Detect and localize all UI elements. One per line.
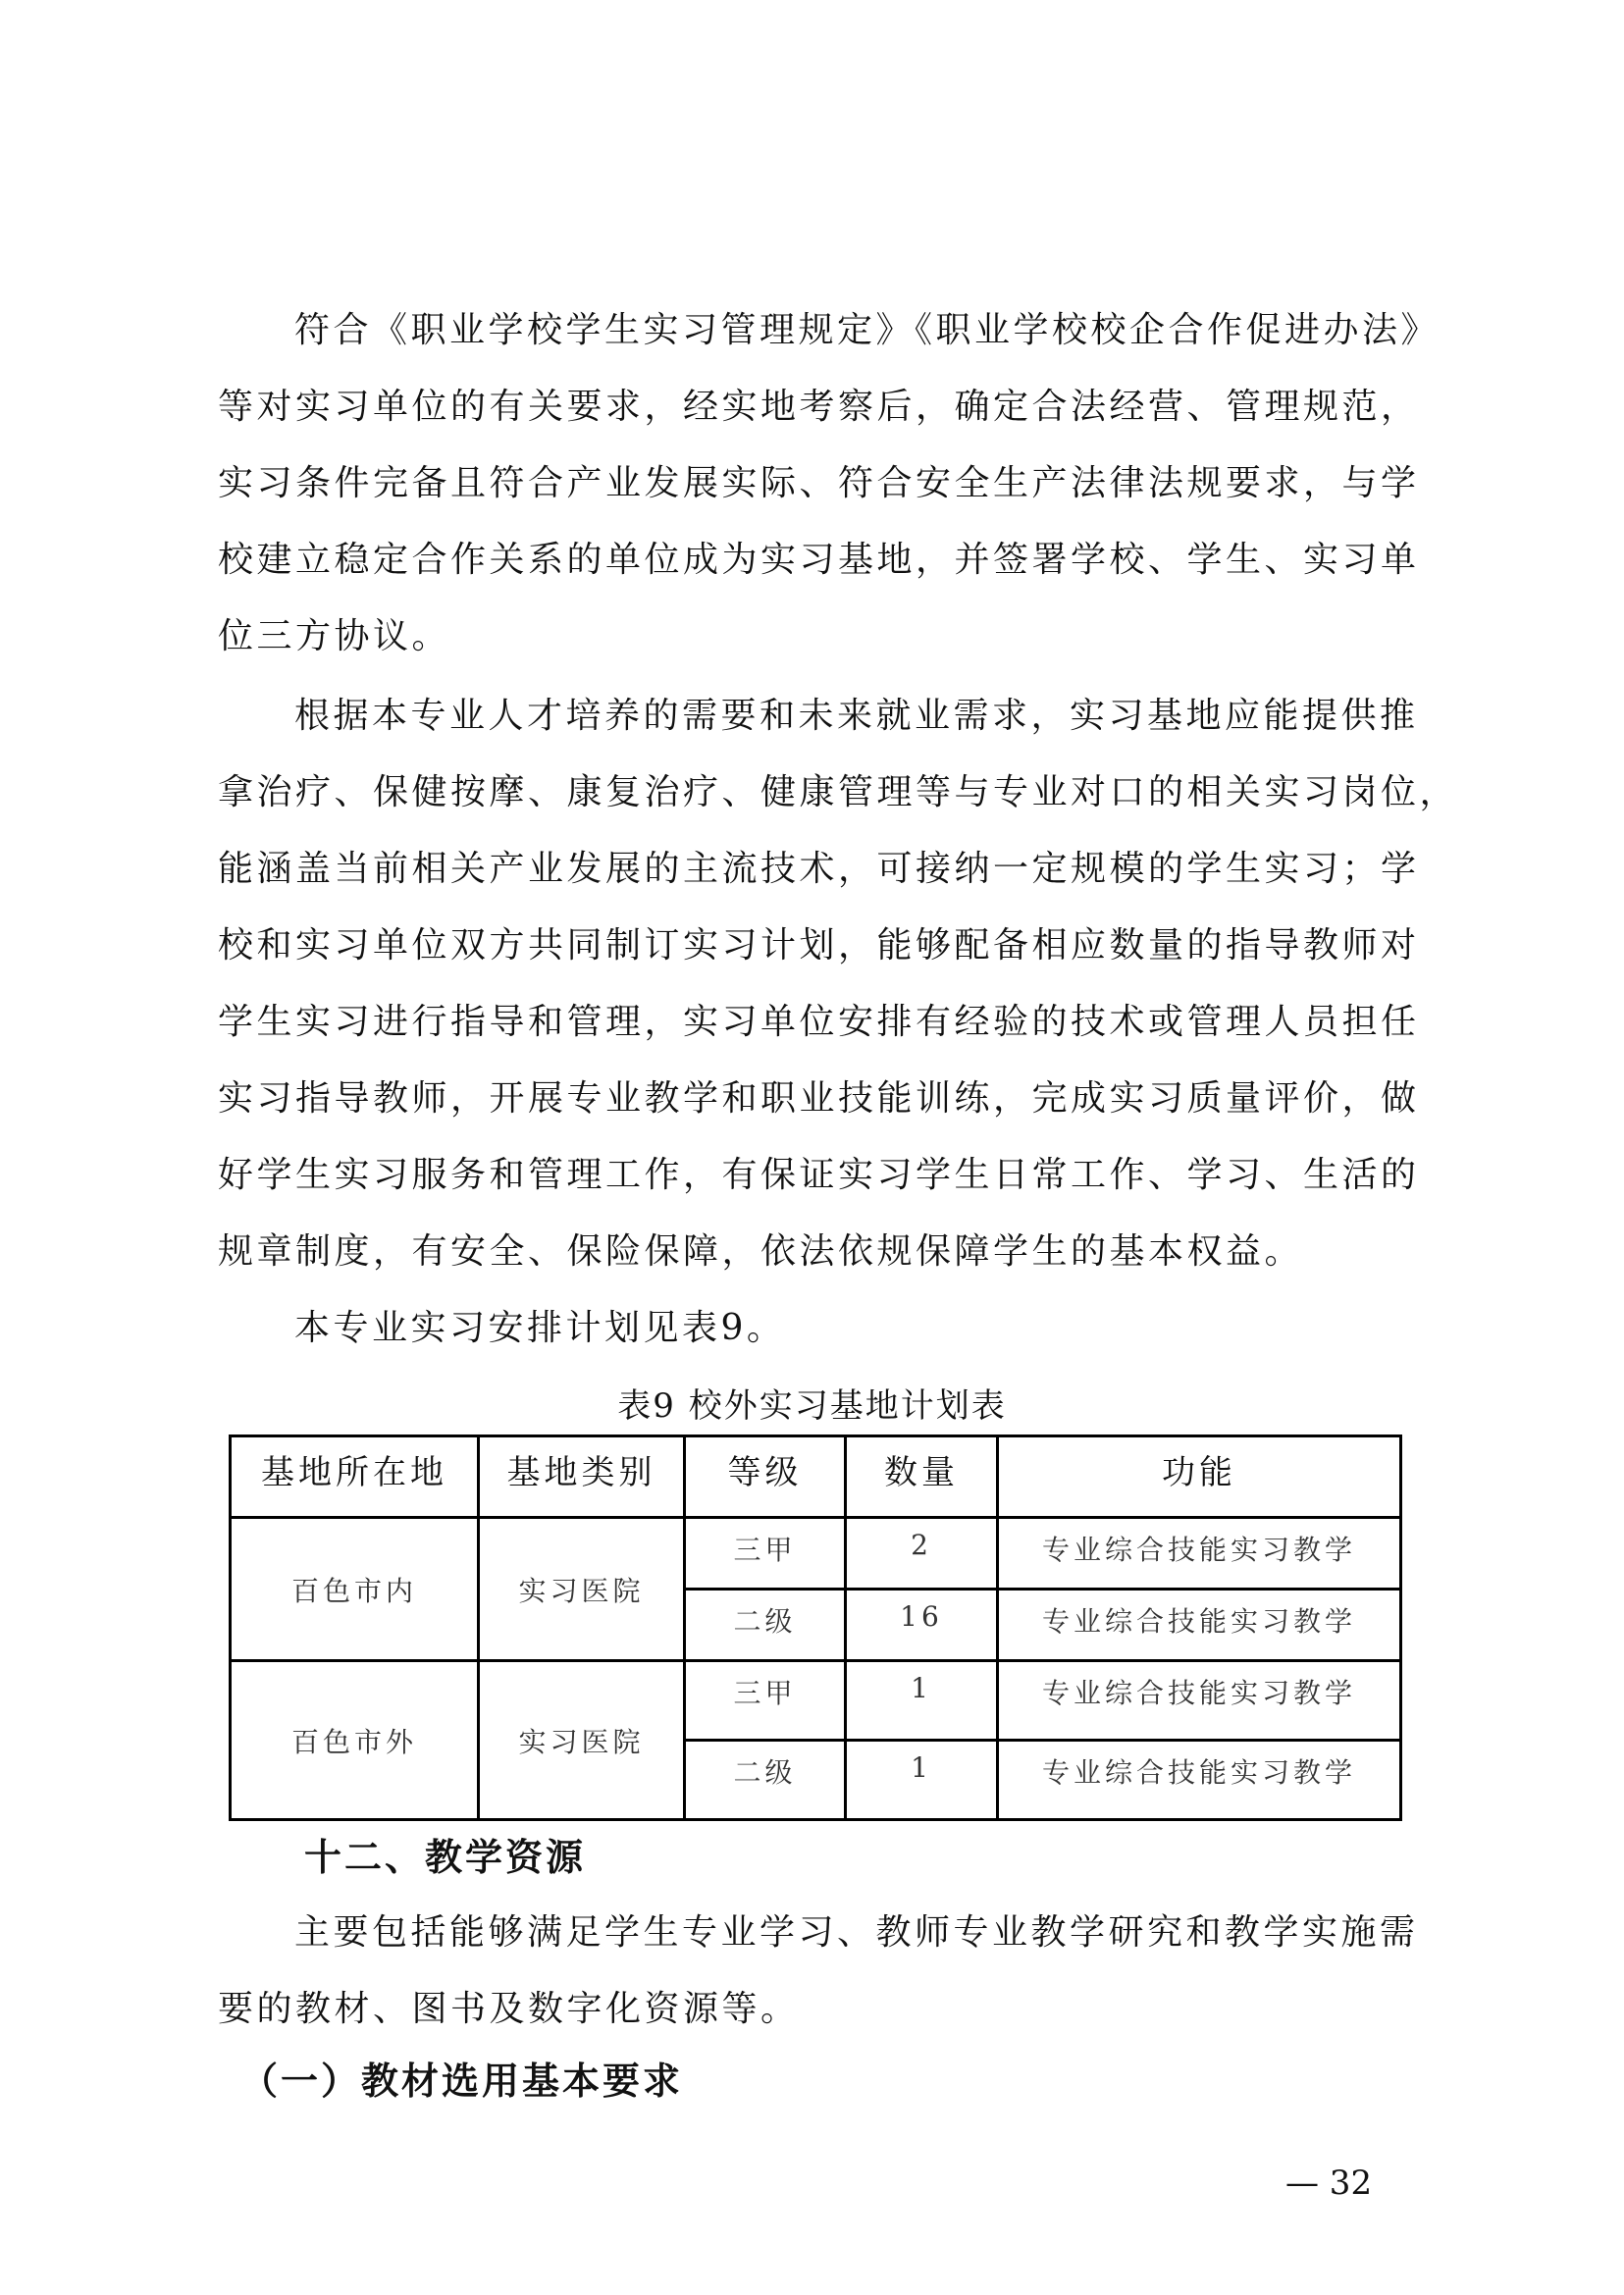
header-count: 数量 — [846, 1436, 998, 1518]
paragraph-table-reference: 本专业实习安排计划见表9。 — [294, 1309, 785, 1348]
text-line: 位三方协议。 — [218, 617, 450, 656]
text-line: 符合《职业学校学生实习管理规定》《职业学校校企合作促进办法》 — [294, 311, 1440, 350]
text-line: 等对实习单位的有关要求，经实地考察后，确定合法经营、管理规范， — [218, 388, 1420, 427]
page-number: — 32 — [1285, 2164, 1372, 2203]
text-line: 根据本专业人才培养的需要和未来就业需求，实习基地应能提供推 — [294, 697, 1419, 736]
cell-count: 16 — [846, 1590, 998, 1661]
header-location: 基地所在地 — [231, 1436, 479, 1518]
cell-function: 专业综合技能实习教学 — [998, 1590, 1401, 1661]
header-level: 等级 — [685, 1436, 846, 1518]
cell-level: 二级 — [685, 1590, 846, 1661]
table-caption: 表9 校外实习基地计划表 — [0, 1379, 1624, 1427]
text-line: 拿治疗、保健按摩、康复治疗、健康管理等与专业对口的相关实习岗位， — [218, 773, 1458, 812]
section-heading: 十二、教学资源 — [304, 1827, 586, 1881]
cell-location: 百色市外 — [231, 1661, 479, 1820]
cell-level: 三甲 — [685, 1661, 846, 1741]
text-line: 能涵盖当前相关产业发展的主流技术，可接纳一定规模的学生实习；学 — [218, 850, 1420, 889]
text-line: 主要包括能够满足学生专业学习、教师专业教学研究和教学实施需 — [294, 1913, 1419, 1953]
text-line: 校建立稳定合作关系的单位成为实习基地，并签署学校、学生、实习单 — [218, 541, 1420, 580]
header-function: 功能 — [998, 1436, 1401, 1518]
cell-location: 百色市内 — [231, 1518, 479, 1661]
subsection-heading: （一）教材选用基本要求 — [240, 2051, 683, 2105]
text-line: 实习指导教师，开展专业教学和职业技能训练，完成实习质量评价，做 — [218, 1079, 1420, 1119]
text-line: 学生实习进行指导和管理，实习单位安排有经验的技术或管理人员担任 — [218, 1003, 1420, 1042]
cell-function: 专业综合技能实习教学 — [998, 1741, 1401, 1820]
cell-type: 实习医院 — [479, 1661, 685, 1820]
internship-base-table: 基地所在地 基地类别 等级 数量 功能 百色市内 实习医院 三甲 2 专业综合技… — [229, 1434, 1402, 1821]
header-type: 基地类别 — [479, 1436, 685, 1518]
cell-function: 专业综合技能实习教学 — [998, 1661, 1401, 1741]
text-line: 规章制度，有安全、保险保障，依法依规保障学生的基本权益。 — [218, 1232, 1303, 1272]
text-line: 要的教材、图书及数字化资源等。 — [218, 1990, 800, 2029]
cell-type: 实习医院 — [479, 1518, 685, 1661]
cell-function: 专业综合技能实习教学 — [998, 1518, 1401, 1590]
text-line: 好学生实习服务和管理工作，有保证实习学生日常工作、学习、生活的 — [218, 1156, 1420, 1195]
cell-level: 二级 — [685, 1741, 846, 1820]
table-header-row: 基地所在地 基地类别 等级 数量 功能 — [231, 1436, 1401, 1518]
text-line: 校和实习单位双方共同制订实习计划，能够配备相应数量的指导教师对 — [218, 926, 1420, 965]
table-row: 百色市外 实习医院 三甲 1 专业综合技能实习教学 — [231, 1661, 1401, 1741]
cell-count: 2 — [846, 1518, 998, 1590]
table-row: 百色市内 实习医院 三甲 2 专业综合技能实习教学 — [231, 1518, 1401, 1590]
text-line: 实习条件完备且符合产业发展实际、符合安全生产法律法规要求，与学 — [218, 464, 1420, 503]
cell-level: 三甲 — [685, 1518, 846, 1590]
cell-count: 1 — [846, 1661, 998, 1741]
cell-count: 1 — [846, 1741, 998, 1820]
